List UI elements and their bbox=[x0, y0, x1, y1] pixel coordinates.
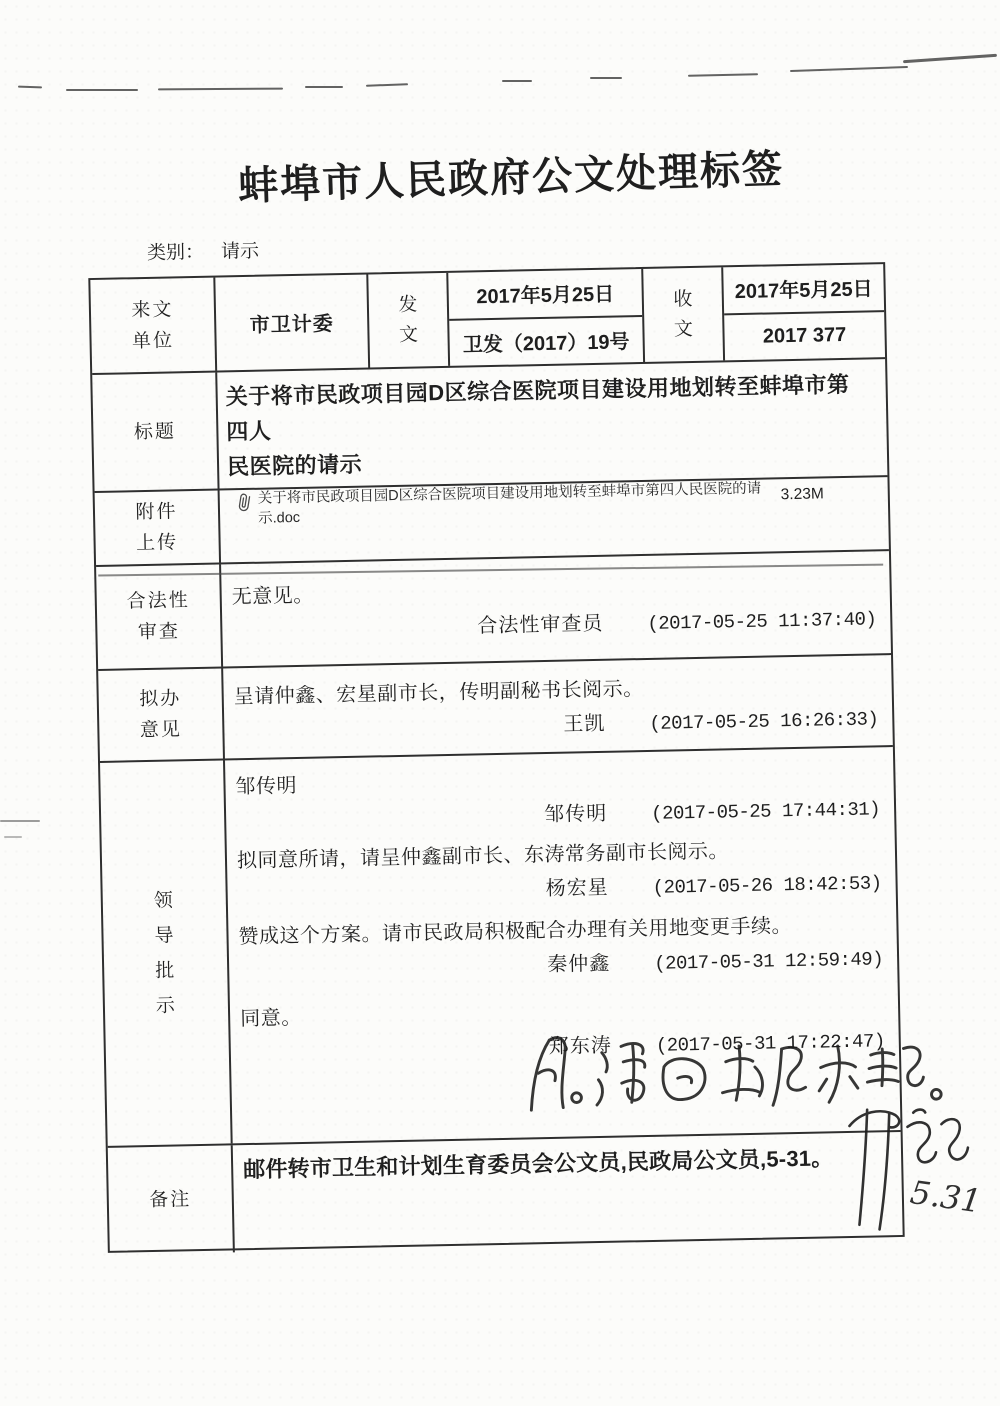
signer-name: 杨宏星 bbox=[545, 871, 609, 901]
send-doc-number: 卫发（2017）19号 bbox=[449, 314, 643, 365]
signer-name: 合法性审查员 bbox=[477, 607, 604, 639]
row-title: 标题 关于将市民政项目园D区综合医院项目建设用地划转至蚌埠市第四人 民医院的请示… bbox=[92, 359, 887, 493]
scan-artifact bbox=[66, 89, 138, 91]
scan-artifact bbox=[502, 80, 532, 82]
source-unit-value: 市卫计委 bbox=[215, 274, 370, 370]
source-unit-label: 来文 单位 bbox=[90, 278, 217, 373]
title-label: 标题 bbox=[92, 373, 219, 491]
scanned-document-page: 蚌埠市人民政府公文处理标签 类别：请示 来文 单位 市卫计委 发 文 2017年… bbox=[0, 0, 1000, 1406]
remarks-label: 备注 bbox=[108, 1145, 235, 1254]
proposal-label: 拟办 意见 bbox=[98, 668, 225, 760]
handwritten-date: 5.31 bbox=[908, 1173, 984, 1220]
signature-timestamp: (2017-05-25 11:37:40) bbox=[647, 608, 876, 635]
upload-label: 附件 上传 bbox=[95, 491, 221, 565]
remarks-content: 邮件转市卫生和计划生育委员会公文员,民政局公文员,5-31。 bbox=[233, 1132, 903, 1252]
signature-timestamp: (2017-05-25 16:26:33) bbox=[649, 708, 878, 735]
scan-artifact bbox=[158, 88, 283, 91]
receive-label: 收 文 bbox=[643, 267, 725, 362]
scan-artifact bbox=[366, 83, 408, 86]
document-title-line1: 关于将市民政项目园D区综合医院项目建设用地划转至蚌埠市第四人 bbox=[225, 366, 872, 449]
scan-artifact bbox=[590, 77, 622, 79]
row-legality-review: 合法性 审查 无意见。 合法性审查员 (2017-05-25 11:37:40) bbox=[96, 551, 891, 671]
receive-doc-number: 2017 377 bbox=[724, 310, 885, 361]
scan-artifact bbox=[790, 66, 908, 72]
scan-artifact bbox=[0, 820, 40, 822]
handwritten-signature: 5.31 bbox=[837, 1097, 992, 1242]
scan-artifact bbox=[305, 86, 343, 88]
signer-name: 邹传明 bbox=[544, 797, 608, 827]
legality-label: 合法性 审查 bbox=[96, 564, 223, 668]
page-title: 蚌埠市人民政府公文处理标签 bbox=[237, 137, 785, 211]
title-content: 关于将市民政项目园D区综合医院项目建设用地划转至蚌埠市第四人 民医院的请示 关于… bbox=[217, 359, 887, 488]
proposal-content: 呈请仲鑫、宏星副市长，传明副秘书长阅示。 王凯 (2017-05-25 16:2… bbox=[223, 655, 893, 758]
scan-artifact bbox=[4, 836, 22, 838]
scan-artifact bbox=[18, 86, 42, 89]
scan-artifact bbox=[688, 73, 758, 76]
receive-values: 2017年5月25日 2017 377 bbox=[723, 264, 885, 360]
row-source: 来文 单位 市卫计委 发 文 2017年5月25日 卫发（2017）19号 收 … bbox=[90, 264, 885, 375]
upload-content-empty bbox=[220, 477, 889, 562]
category-label: 类别： bbox=[147, 242, 204, 264]
leader-content: 邹传明 邹传明 (2017-05-25 17:44:31) 拟同意所请，请呈仲鑫… bbox=[225, 747, 901, 1143]
remarks-text: 邮件转市卫生和计划生育委员会公文员,民政局公文员,5-31。 bbox=[243, 1140, 901, 1184]
legality-content: 无意见。 合法性审查员 (2017-05-25 11:37:40) bbox=[221, 551, 891, 666]
category-value: 请示 bbox=[221, 241, 259, 263]
scan-artifact bbox=[903, 54, 997, 64]
row-remarks: 备注 邮件转市卫生和计划生育委员会公文员,民政局公文员,5-31。 bbox=[108, 1132, 903, 1255]
send-date: 2017年5月25日 bbox=[448, 269, 642, 318]
signature-timestamp: (2017-05-26 18:42:53) bbox=[652, 872, 881, 899]
document-table: 来文 单位 市卫计委 发 文 2017年5月25日 卫发（2017）19号 收 … bbox=[88, 262, 904, 1253]
signature-timestamp: (2017-05-31 12:59:49) bbox=[654, 948, 883, 975]
category-line: 类别：请示 bbox=[147, 236, 259, 265]
signer-name: 王凯 bbox=[563, 707, 606, 737]
signature-timestamp: (2017-05-25 17:44:31) bbox=[651, 798, 880, 825]
leader-label: 领 导 批 示 bbox=[100, 760, 233, 1145]
receive-date: 2017年5月25日 bbox=[723, 264, 884, 313]
row-proposal-opinion: 拟办 意见 呈请仲鑫、宏星副市长，传明副秘书长阅示。 王凯 (2017-05-2… bbox=[98, 655, 893, 763]
send-label: 发 文 bbox=[368, 273, 450, 368]
row-leader-instructions: 领 导 批 示 邹传明 邹传明 (2017-05-25 17:44:31) 拟同… bbox=[100, 747, 901, 1148]
send-values: 2017年5月25日 卫发（2017）19号 bbox=[448, 269, 645, 366]
signer-name: 秦仲鑫 bbox=[547, 947, 611, 977]
